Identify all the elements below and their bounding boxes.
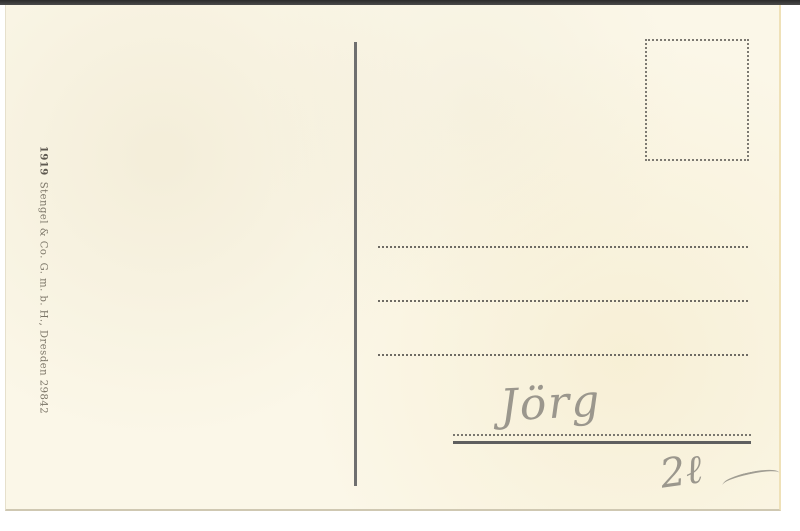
address-line-2 — [378, 300, 748, 302]
center-divider-line — [354, 42, 357, 486]
address-line-1 — [378, 246, 748, 248]
printer-mark-text: Stengel & Co. G. m. b. H., Dresden 29842 — [38, 182, 49, 414]
handwritten-price: 2ℓ — [657, 445, 705, 497]
address-line-3 — [378, 354, 748, 356]
handwritten-name: Jörg — [499, 375, 603, 431]
address-line-4-solid — [453, 441, 751, 444]
printer-mark-year: 1919 — [38, 146, 49, 176]
address-line-4-dotted — [453, 434, 751, 436]
stamp-box — [645, 39, 749, 161]
printer-mark: 1919Stengel & Co. G. m. b. H., Dresden 2… — [38, 146, 49, 414]
